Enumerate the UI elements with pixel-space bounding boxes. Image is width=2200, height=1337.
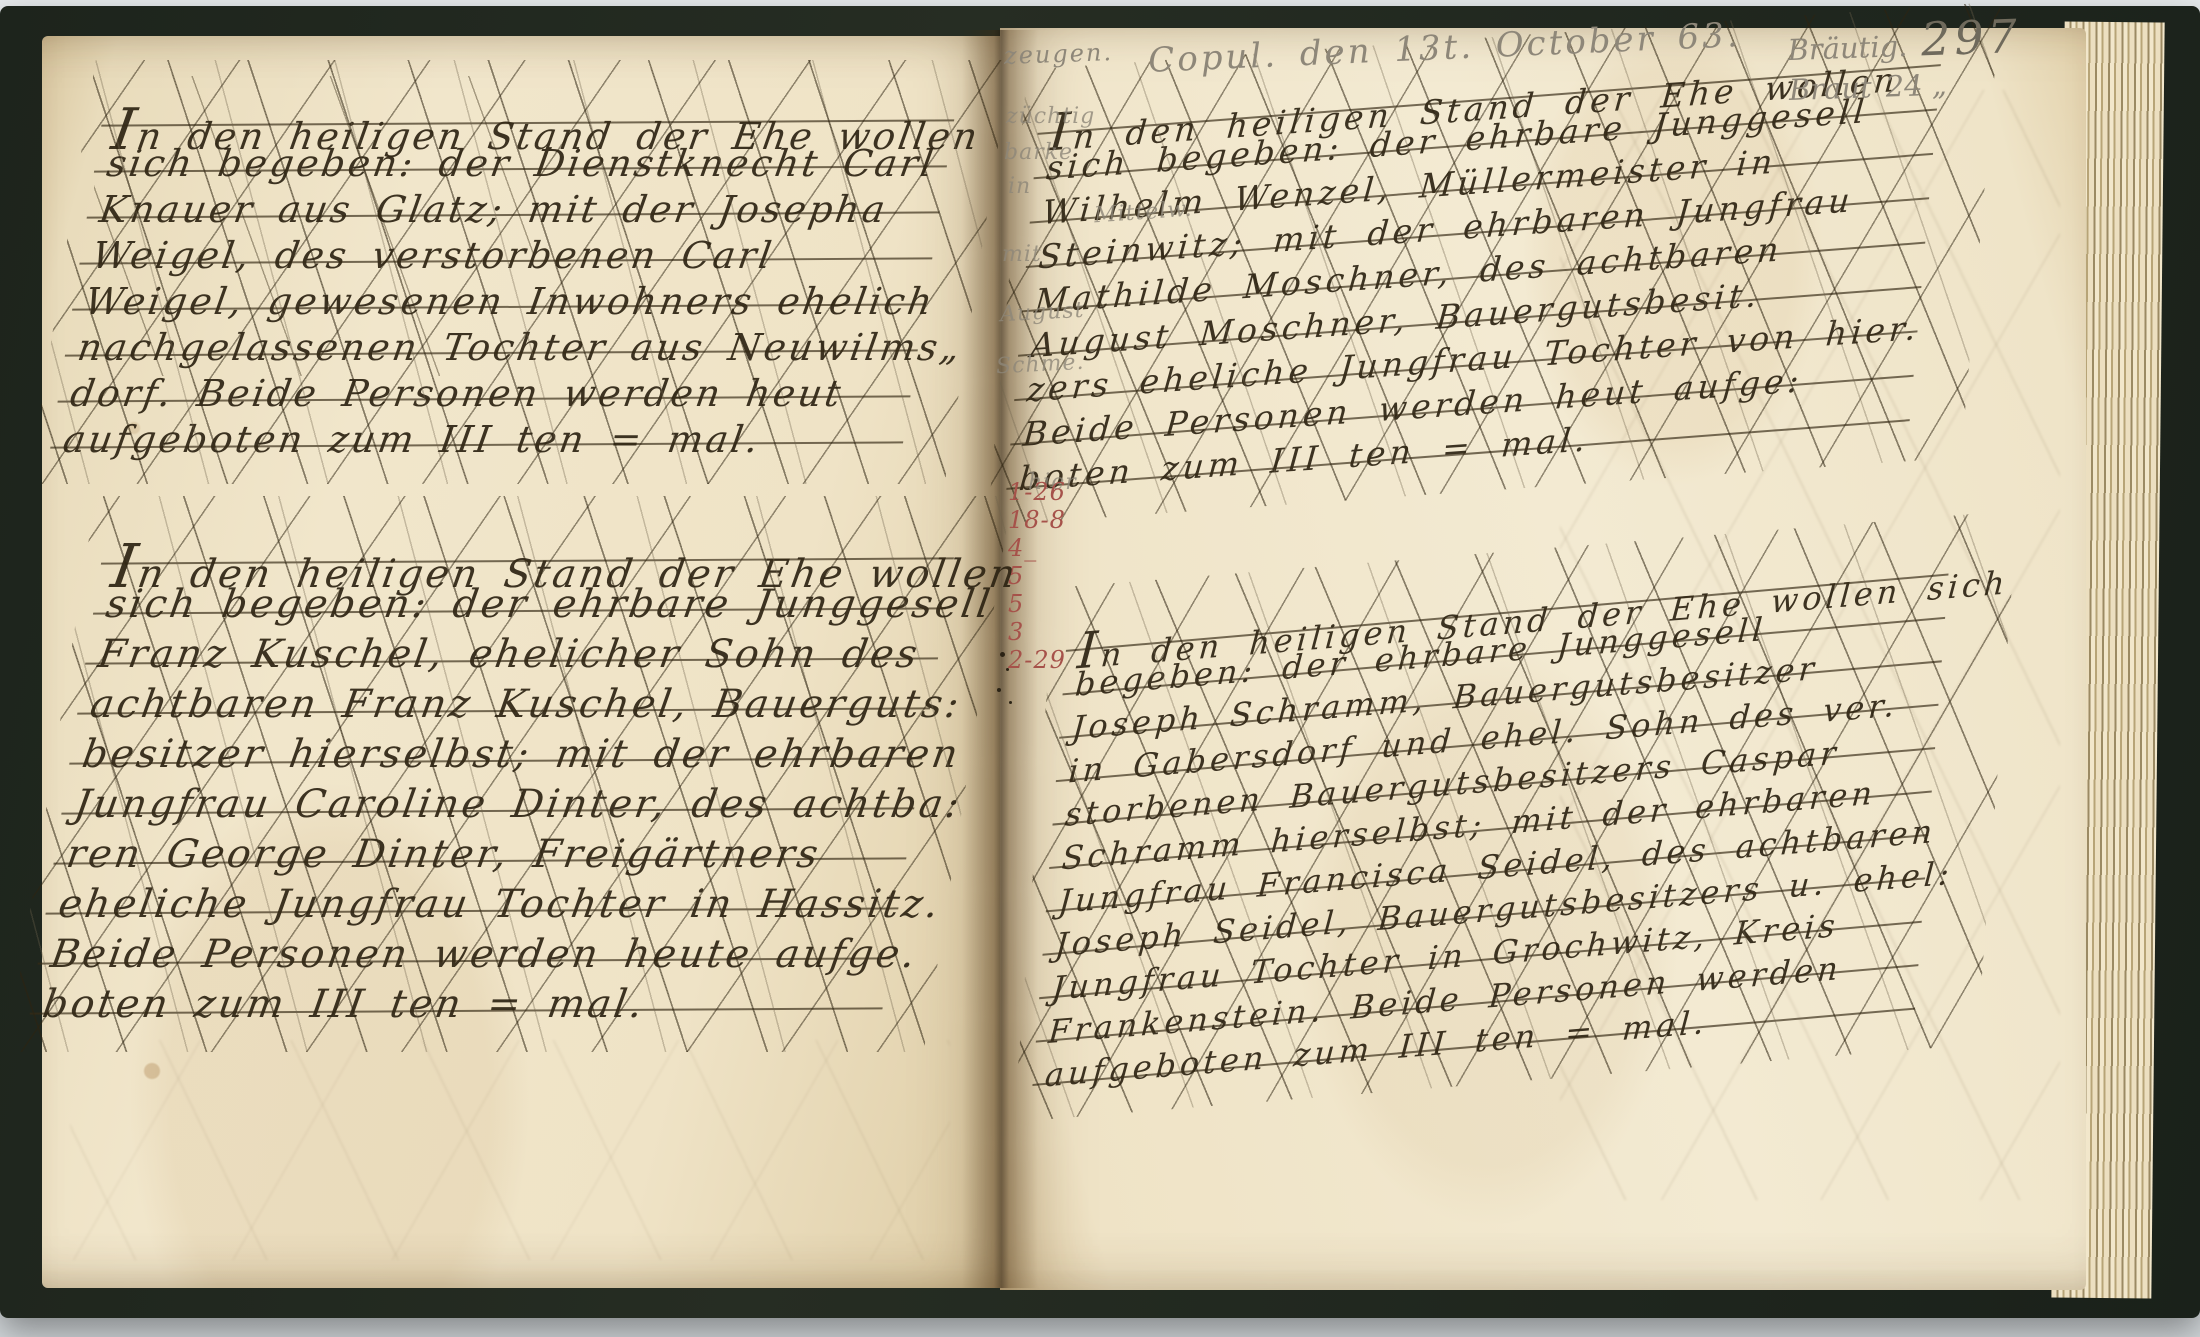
handwritten-line: Knauer aus Glatz; mit der Josepha (96, 188, 983, 234)
handwritten-line: boten zum III ten = mal. (39, 982, 927, 1032)
ink-bleed-through (70, 1040, 950, 1260)
red-margin-number: 18-8 (1008, 506, 1066, 534)
banns-entry-wenzel-moschner: In den heiligen Stand der Ehe wollensich… (1017, 38, 1990, 503)
red-margin-number: 5 (1008, 562, 1066, 590)
handwritten-line: nachgelassenen Tochter aus Neuwilms„ (74, 326, 961, 372)
groom-age-label: Bräutig. (1787, 26, 1908, 70)
ages-annotation: Bräutig. 297 Braut 24 „ (1787, 16, 2024, 110)
handwritten-line: besitzer hierselbst; mit der ehrbaren (78, 732, 966, 782)
handwritten-line: Weigel, gewesenen Inwohners ehelich (82, 280, 969, 326)
handwritten-line: aufgeboten zum III ten = mal. (60, 418, 947, 464)
red-margin-numbers: 1-2618-84_5532-29 (1008, 478, 1066, 674)
bride-age-label: Braut (1788, 67, 1872, 110)
handwritten-line: Jungfrau Caroline Dinter, des achtba: (70, 782, 958, 832)
ink-speck (997, 688, 1001, 692)
handwritten-line: Beide Personen werden heute aufge. (47, 932, 935, 982)
bride-age: 24 „ (1885, 65, 1948, 107)
handwritten-line: sich begeben: der ehrbare Junggesell (102, 582, 990, 632)
red-margin-number: 4_ (1008, 534, 1066, 562)
red-margin-number: 1-26 (1008, 478, 1066, 506)
banns-entry-schramm-seidel: In den heiligen Stand der Ehe wollen sic… (1043, 547, 2007, 1099)
handwritten-line: In den heiligen Stand der Ehe wollen (110, 532, 998, 582)
handwritten-line: dorf. Beide Personen werden heut (67, 372, 954, 418)
handwritten-line: Weigel, des verstorbenen Carl (89, 234, 976, 280)
handwritten-line: Franz Kuschel, ehelicher Sohn des (94, 632, 982, 682)
banns-entry-knauer-weigel: In den heiligen Stand der Ehe wollensich… (60, 96, 998, 464)
ink-speck (1000, 652, 1005, 657)
red-margin-number: 5 (1008, 590, 1066, 618)
ink-speck (1009, 701, 1012, 704)
register-book-photo: In den heiligen Stand der Ehe wollensich… (0, 0, 2200, 1337)
handwritten-line: sich begeben: der Dienstknecht Carl (103, 142, 990, 188)
page-number: 297 (1920, 16, 2021, 59)
witnesses-pencil-note: zeugen. (1004, 38, 1114, 70)
red-margin-number: 2-29 (1008, 646, 1066, 674)
handwritten-line: In den heiligen Stand der Ehe wollen (111, 96, 998, 142)
ink-speck (1006, 668, 1009, 671)
banns-entry-kuschel-dinter: In den heiligen Stand der Ehe wollensich… (39, 532, 998, 1032)
handwritten-line: ren George Dinter, Freigärtners (63, 832, 951, 882)
handwritten-line: achtbaren Franz Kuschel, Bauerguts: (86, 682, 974, 732)
handwritten-line: eheliche Jungfrau Tochter in Hassitz. (55, 882, 943, 932)
red-margin-number: 3 (1008, 618, 1066, 646)
